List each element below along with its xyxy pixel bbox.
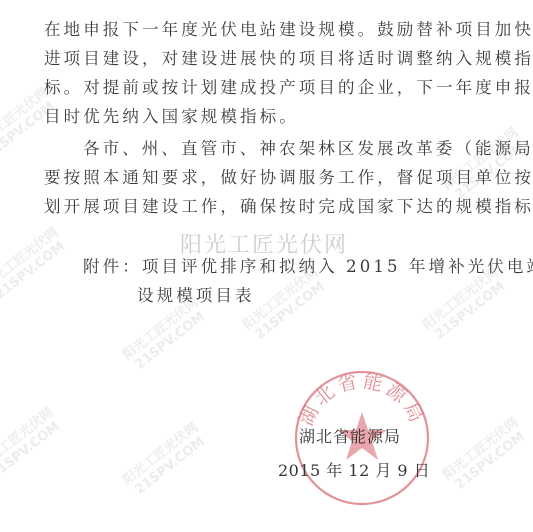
body-text-line: 要按照本通知要求，做好协调服务工作，督促项目单位按计 xyxy=(44,168,533,188)
body-text-line: 各市、州、直管市、神农架林区发展改革委（能源局） xyxy=(83,139,533,159)
watermark-tile: 阳光工匠光伏网21SPV.COM xyxy=(0,405,66,485)
attachment-title: 项目评优排序和拟纳入 2015 年增补光伏电站建 xyxy=(142,257,533,276)
attachment-line: 附件：项目评优排序和拟纳入 2015 年增补光伏电站建 xyxy=(83,257,533,277)
document-page: 阳光工匠光伏网21SPV.COM 阳光工匠光伏网21SPV.COM 阳光工匠光伏… xyxy=(0,0,533,532)
watermark-tile: 阳光工匠光伏网21SPV.COM xyxy=(440,415,530,495)
watermark-tile: 阳光工匠光伏网21SPV.COM xyxy=(120,420,210,500)
watermark-tile: 阳光工匠光伏网21SPV.COM xyxy=(0,225,71,305)
watermark-tile: 阳光工匠光伏网21SPV.COM xyxy=(440,125,530,205)
watermark-tile: 阳光工匠光伏网21SPV.COM xyxy=(420,265,510,345)
watermark-tile: 阳光工匠光伏网21SPV.COM xyxy=(120,295,210,375)
body-text-line: 标。对提前或按计划建成投产项目的企业，下一年度申报项 xyxy=(44,78,533,98)
issue-date: 2015 年 12 月 9 日 xyxy=(278,458,430,481)
site-watermark: 阳光工匠光伏网 xyxy=(180,228,348,259)
body-text-line: 划开展项目建设工作，确保按时完成国家下达的规模指标。 xyxy=(44,197,533,217)
attachment-label: 附件： xyxy=(83,257,142,276)
attachment-line: 设规模项目表 xyxy=(137,286,255,306)
body-text-line: 在地申报下一年度光伏电站建设规模。鼓励替补项目加快推 xyxy=(44,20,533,40)
body-text-line: 目时优先纳入国家规模指标。 xyxy=(44,107,299,127)
body-text-line: 进项目建设，对建设进展快的项目将适时调整纳入规模指 xyxy=(44,49,533,69)
issuer-signature: 湖北省能源局 xyxy=(299,424,401,447)
